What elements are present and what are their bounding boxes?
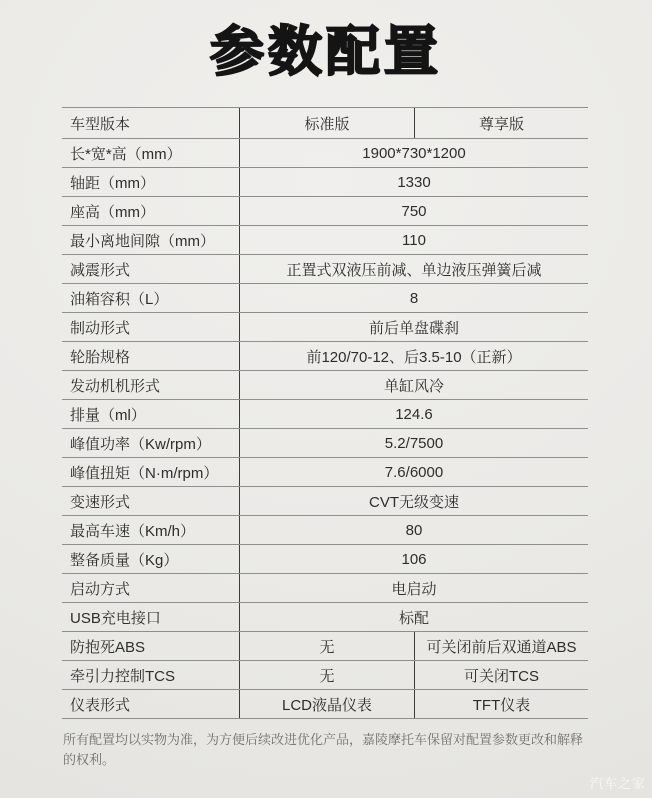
spec-label: 防抱死ABS bbox=[62, 632, 240, 660]
spec-label: 牵引力控制TCS bbox=[62, 661, 240, 689]
spec-label: 减震形式 bbox=[62, 255, 240, 283]
spec-label: 轮胎规格 bbox=[62, 342, 240, 370]
spec-value-standard: 无 bbox=[240, 632, 415, 660]
spec-label: 峰值扭矩（N·m/rpm） bbox=[62, 458, 240, 486]
spec-value: 前后单盘碟刹 bbox=[240, 313, 588, 341]
spec-value: 前120/70-12、后3.5-10（正新） bbox=[240, 342, 588, 370]
spec-value: 单缸风冷 bbox=[240, 371, 588, 399]
spec-value: 8 bbox=[240, 284, 588, 312]
spec-label: 启动方式 bbox=[62, 574, 240, 602]
table-row: 仪表形式LCD液晶仪表TFT仪表 bbox=[62, 690, 588, 719]
spec-value-standard: 无 bbox=[240, 661, 415, 689]
table-row: 最小离地间隙（mm）110 bbox=[62, 226, 588, 255]
table-header-row: 车型版本 标准版 尊享版 bbox=[62, 108, 588, 139]
table-row: 发动机机形式单缸风冷 bbox=[62, 371, 588, 400]
spec-value-premium: TFT仪表 bbox=[415, 690, 588, 718]
spec-value-standard: LCD液晶仪表 bbox=[240, 690, 415, 718]
spec-label: 峰值功率（Kw/rpm） bbox=[62, 429, 240, 457]
table-row: 峰值扭矩（N·m/rpm）7.6/6000 bbox=[62, 458, 588, 487]
footer-note: 所有配置均以实物为准，为方便后续改进优化产品，嘉陵摩托车保留对配置参数更改和解释… bbox=[63, 730, 590, 770]
spec-value: 106 bbox=[240, 545, 588, 573]
spec-label: USB充电接口 bbox=[62, 603, 240, 631]
spec-label: 座高（mm） bbox=[62, 197, 240, 225]
spec-label: 最小离地间隙（mm） bbox=[62, 226, 240, 254]
table-row: 排量（ml）124.6 bbox=[62, 400, 588, 429]
spec-value-premium: 可关闭TCS bbox=[415, 661, 588, 689]
spec-table: 车型版本 标准版 尊享版 长*宽*高（mm）1900*730*1200轴距（mm… bbox=[62, 107, 588, 719]
table-row: USB充电接口标配 bbox=[62, 603, 588, 632]
spec-value: 正置式双液压前减、单边液压弹簧后减 bbox=[240, 255, 588, 283]
table-row: 制动形式前后单盘碟刹 bbox=[62, 313, 588, 342]
spec-value: 124.6 bbox=[240, 400, 588, 428]
page-title: 参数配置 bbox=[0, 16, 652, 88]
spec-value: 5.2/7500 bbox=[240, 429, 588, 457]
table-row: 整备质量（Kg）106 bbox=[62, 545, 588, 574]
spec-sheet-page: 参数配置 车型版本 标准版 尊享版 长*宽*高（mm）1900*730*1200… bbox=[0, 0, 652, 798]
table-row: 牵引力控制TCS无可关闭TCS bbox=[62, 661, 588, 690]
header-version-label: 车型版本 bbox=[62, 108, 240, 138]
spec-label: 变速形式 bbox=[62, 487, 240, 515]
spec-label: 发动机机形式 bbox=[62, 371, 240, 399]
table-row: 最高车速（Km/h）80 bbox=[62, 516, 588, 545]
spec-value-premium: 可关闭前后双通道ABS bbox=[415, 632, 588, 660]
table-row: 减震形式正置式双液压前减、单边液压弹簧后减 bbox=[62, 255, 588, 284]
header-premium-version: 尊享版 bbox=[415, 108, 588, 138]
spec-value: 电启动 bbox=[240, 574, 588, 602]
table-row: 长*宽*高（mm）1900*730*1200 bbox=[62, 139, 588, 168]
spec-label: 排量（ml） bbox=[62, 400, 240, 428]
spec-value: 标配 bbox=[240, 603, 588, 631]
spec-value: 1900*730*1200 bbox=[240, 139, 588, 167]
spec-label: 仪表形式 bbox=[62, 690, 240, 718]
spec-label: 整备质量（Kg） bbox=[62, 545, 240, 573]
table-row: 轴距（mm）1330 bbox=[62, 168, 588, 197]
header-standard-version: 标准版 bbox=[240, 108, 415, 138]
spec-label: 最高车速（Km/h） bbox=[62, 516, 240, 544]
spec-label: 轴距（mm） bbox=[62, 168, 240, 196]
spec-value: 7.6/6000 bbox=[240, 458, 588, 486]
spec-value: 750 bbox=[240, 197, 588, 225]
spec-value: 1330 bbox=[240, 168, 588, 196]
spec-table-body: 长*宽*高（mm）1900*730*1200轴距（mm）1330座高（mm）75… bbox=[62, 139, 588, 719]
spec-label: 油箱容积（L） bbox=[62, 284, 240, 312]
table-row: 启动方式电启动 bbox=[62, 574, 588, 603]
table-row: 座高（mm）750 bbox=[62, 197, 588, 226]
spec-value: 110 bbox=[240, 226, 588, 254]
table-row: 油箱容积（L）8 bbox=[62, 284, 588, 313]
table-row: 防抱死ABS无可关闭前后双通道ABS bbox=[62, 632, 588, 661]
spec-value: CVT无级变速 bbox=[240, 487, 588, 515]
table-row: 变速形式CVT无级变速 bbox=[62, 487, 588, 516]
spec-label: 制动形式 bbox=[62, 313, 240, 341]
table-row: 峰值功率（Kw/rpm）5.2/7500 bbox=[62, 429, 588, 458]
table-row: 轮胎规格前120/70-12、后3.5-10（正新） bbox=[62, 342, 588, 371]
spec-label: 长*宽*高（mm） bbox=[62, 139, 240, 167]
watermark: 汽车之家 bbox=[590, 773, 646, 792]
spec-value: 80 bbox=[240, 516, 588, 544]
